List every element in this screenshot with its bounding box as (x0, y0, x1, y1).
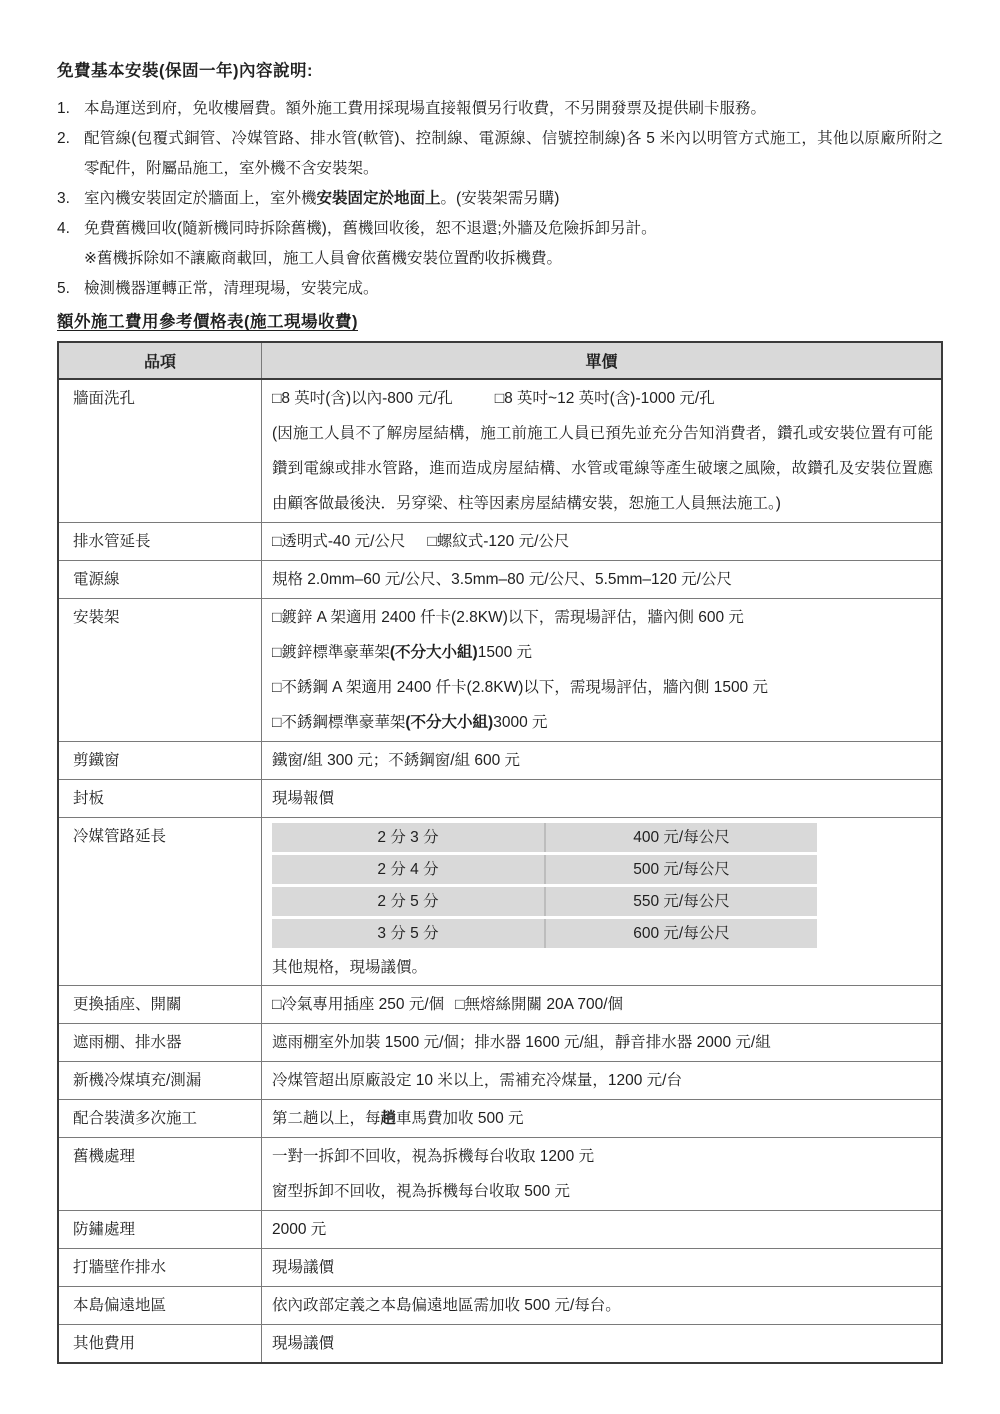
pipe-fee-cell: 400 元/每公尺 (546, 823, 817, 852)
text: □鍍鋅標準豪華架 (272, 644, 390, 661)
item-cell: 封板 (58, 780, 262, 818)
unit-price-cell: 鐵窗/組 300 元；不銹鋼窗/組 600 元 (262, 742, 943, 780)
unit-price-cell: 現場議價 (262, 1249, 943, 1287)
text: 一對一拆卸不回收，視為拆機每台收取 1200 元 (272, 1148, 594, 1165)
pipe-spec-cell: 2 分 5 分 (272, 887, 546, 916)
price-line: □透明式-40 元/公尺□螺紋式-120 元/公尺 (272, 524, 933, 559)
text: □螺紋式-120 元/公尺 (427, 524, 569, 559)
pipe-fee-cell: 500 元/每公尺 (546, 855, 817, 884)
unit-price-cell: 依內政部定義之本島偏遠地區需加收 500 元/每台。 (262, 1287, 943, 1325)
unit-price-cell: □鍍鋅 A 架適用 2400 仟卡(2.8KW)以下，需現場評估，牆內側 600… (262, 599, 943, 742)
free-install-section-title: 免費基本安裝(保固一年)內容說明: (57, 57, 943, 81)
text: 室內機安裝固定於牆面上，室外機 (84, 190, 317, 207)
table-row: 新機冷煤填充/測漏冷煤管超出原廠設定 10 米以上，需補充冷煤量，1200 元/… (58, 1062, 942, 1100)
list-item: 5.檢測機器運轉正常，清理現場，安裝完成。 (57, 274, 943, 304)
unit-price-cell: 2000 元 (262, 1211, 943, 1249)
unit-price-cell: 現場議價 (262, 1325, 943, 1364)
table-row: 更換插座、開關□冷氣專用插座 250 元/個□無熔絲開關 20A 700/個 (58, 986, 942, 1024)
price-line: 一對一拆卸不回收，視為拆機每台收取 1200 元 (272, 1139, 933, 1174)
price-line: 現場議價 (272, 1326, 933, 1361)
list-number: 3. (57, 184, 84, 214)
text: (因施工人員不了解房屋結構，施工前施工人員已預先並充分告知消費者，鑽孔或安裝位置… (272, 425, 933, 512)
price-line: (因施工人員不了解房屋結構，施工前施工人員已預先並充分告知消費者，鑽孔或安裝位置… (272, 416, 933, 521)
table-row: 本島偏遠地區依內政部定義之本島偏遠地區需加收 500 元/每台。 (58, 1287, 942, 1325)
item-cell: 防鏽處理 (58, 1211, 262, 1249)
list-item: 3.室內機安裝固定於牆面上，室外機安裝固定於地面上。(安裝架需另購) (57, 184, 943, 214)
list-note: ※舊機拆除如不讓廠商載回，施工人員會依舊機安裝位置酌收拆機費。 (84, 244, 943, 274)
item-cell: 電源線 (58, 561, 262, 599)
item-cell: 牆面洗孔 (58, 379, 262, 523)
table-row: 安裝架□鍍鋅 A 架適用 2400 仟卡(2.8KW)以下，需現場評估，牆內側 … (58, 599, 942, 742)
list-text: 配管線(包覆式銅管、冷媒管路、排水管(軟管)、控制線、電源線、信號控制線)各 5… (84, 124, 943, 184)
col-header-unit-price: 單價 (262, 342, 943, 379)
item-cell: 剪鐵窗 (58, 742, 262, 780)
price-line: 規格 2.0mm–60 元/公尺、3.5mm–80 元/公尺、5.5mm–120… (272, 562, 933, 597)
list-text: 檢測機器運轉正常，清理現場，安裝完成。 (84, 274, 943, 304)
item-cell: 新機冷煤填充/測漏 (58, 1062, 262, 1100)
unit-price-cell: 2 分 3 分400 元/每公尺2 分 4 分500 元/每公尺2 分 5 分5… (262, 818, 943, 986)
terms-list: 1.本島運送到府，免收樓層費。額外施工費用採現場直接報價另行收費，不另開發票及提… (57, 94, 943, 304)
text: 。(安裝架需另購) (441, 190, 560, 207)
unit-price-cell: □8 英吋(含)以內-800 元/孔□8 英吋~12 英吋(含)-1000 元/… (262, 379, 943, 523)
pipe-spec-cell: 2 分 4 分 (272, 855, 546, 884)
text: 第二趟以上，每 (272, 1110, 381, 1127)
pipe-price-row: 2 分 5 分550 元/每公尺 (272, 887, 817, 916)
document-page: 免費基本安裝(保固一年)內容說明: 1.本島運送到府，免收樓層費。額外施工費用採… (0, 0, 1000, 1414)
text: 鐵窗/組 300 元；不銹鋼窗/組 600 元 (272, 752, 520, 769)
text: □無熔絲開關 20A 700/個 (455, 987, 623, 1022)
list-item: 1.本島運送到府，免收樓層費。額外施工費用採現場直接報價另行收費，不另開發票及提… (57, 94, 943, 124)
table-row: 排水管延長□透明式-40 元/公尺□螺紋式-120 元/公尺 (58, 523, 942, 561)
bold-text: (不分大小組) (390, 644, 478, 661)
price-table-title: 額外施工費用參考價格表(施工現場收費) (57, 308, 943, 332)
list-number: 4. (57, 214, 84, 274)
text: 現場報價 (272, 790, 334, 807)
price-line: □8 英吋(含)以內-800 元/孔□8 英吋~12 英吋(含)-1000 元/… (272, 381, 933, 416)
price-table-header: 品項 單價 (58, 342, 942, 379)
text: 窗型拆卸不回收，視為拆機每台收取 500 元 (272, 1183, 570, 1200)
item-cell: 遮雨棚、排水器 (58, 1024, 262, 1062)
price-line: 鐵窗/組 300 元；不銹鋼窗/組 600 元 (272, 743, 933, 778)
unit-price-cell: 規格 2.0mm–60 元/公尺、3.5mm–80 元/公尺、5.5mm–120… (262, 561, 943, 599)
item-cell: 安裝架 (58, 599, 262, 742)
pipe-price-row: 2 分 3 分400 元/每公尺 (272, 823, 817, 852)
text: □透明式-40 元/公尺 (272, 533, 405, 550)
item-cell: 舊機處理 (58, 1138, 262, 1211)
unit-price-cell: 現場報價 (262, 780, 943, 818)
text: 2000 元 (272, 1221, 326, 1238)
item-cell: 更換插座、開關 (58, 986, 262, 1024)
list-number: 5. (57, 274, 84, 304)
unit-price-cell: □透明式-40 元/公尺□螺紋式-120 元/公尺 (262, 523, 943, 561)
text: 冷煤管超出原廠設定 10 米以上，需補充冷煤量，1200 元/台 (272, 1072, 682, 1089)
price-line: 現場議價 (272, 1250, 933, 1285)
table-row: 配合裝潢多次施工第二趟以上，每趟車馬費加收 500 元 (58, 1100, 942, 1138)
text: 免費舊機回收(隨新機同時拆除舊機)，舊機回收後，恕不退還;外牆及危險拆卸另計。 (84, 220, 657, 237)
pipe-spec-cell: 3 分 5 分 (272, 919, 546, 948)
other-spec-note: 其他規格，現場議價。 (272, 951, 933, 984)
price-line: □鍍鋅 A 架適用 2400 仟卡(2.8KW)以下，需現場評估，牆內側 600… (272, 600, 933, 635)
price-table-body: 牆面洗孔□8 英吋(含)以內-800 元/孔□8 英吋~12 英吋(含)-100… (58, 379, 942, 1363)
text: □8 英吋~12 英吋(含)-1000 元/孔 (495, 381, 715, 416)
bold-text: 安裝固定於地面上 (317, 190, 441, 207)
text: 規格 2.0mm–60 元/公尺、3.5mm–80 元/公尺、5.5mm–120… (272, 571, 732, 588)
price-line: 第二趟以上，每趟車馬費加收 500 元 (272, 1101, 933, 1136)
table-row: 防鏽處理2000 元 (58, 1211, 942, 1249)
item-cell: 打牆壁作排水 (58, 1249, 262, 1287)
table-row: 剪鐵窗鐵窗/組 300 元；不銹鋼窗/組 600 元 (58, 742, 942, 780)
text: 本島運送到府，免收樓層費。額外施工費用採現場直接報價另行收費，不另開發票及提供刷… (84, 100, 766, 117)
table-row: 牆面洗孔□8 英吋(含)以內-800 元/孔□8 英吋~12 英吋(含)-100… (58, 379, 942, 523)
price-line: □不銹鋼 A 架適用 2400 仟卡(2.8KW)以下，需現場評估，牆內側 15… (272, 670, 933, 705)
list-text: 本島運送到府，免收樓層費。額外施工費用採現場直接報價另行收費，不另開發票及提供刷… (84, 94, 943, 124)
price-line: □不銹鋼標準豪華架(不分大小組)3000 元 (272, 705, 933, 740)
item-cell: 其他費用 (58, 1325, 262, 1364)
text: 現場議價 (272, 1259, 334, 1276)
list-text: 免費舊機回收(隨新機同時拆除舊機)，舊機回收後，恕不退還;外牆及危險拆卸另計。※… (84, 214, 943, 274)
price-line: □鍍鋅標準豪華架(不分大小組)1500 元 (272, 635, 933, 670)
unit-price-cell: 冷煤管超出原廠設定 10 米以上，需補充冷煤量，1200 元/台 (262, 1062, 943, 1100)
text: □冷氣專用插座 250 元/個 (272, 996, 444, 1013)
text: 檢測機器運轉正常，清理現場，安裝完成。 (84, 280, 379, 297)
bold-text: (不分大小組) (405, 714, 493, 731)
list-item: 2.配管線(包覆式銅管、冷媒管路、排水管(軟管)、控制線、電源線、信號控制線)各… (57, 124, 943, 184)
text: 配管線(包覆式銅管、冷媒管路、排水管(軟管)、控制線、電源線、信號控制線)各 5… (84, 130, 943, 177)
unit-price-cell: 遮雨棚室外加裝 1500 元/個；排水器 1600 元/組，靜音排水器 2000… (262, 1024, 943, 1062)
price-line: 現場報價 (272, 781, 933, 816)
pipe-spec-cell: 2 分 3 分 (272, 823, 546, 852)
text: 車馬費加收 500 元 (396, 1110, 523, 1127)
text: 遮雨棚室外加裝 1500 元/個；排水器 1600 元/組，靜音排水器 2000… (272, 1034, 771, 1051)
unit-price-cell: 一對一拆卸不回收，視為拆機每台收取 1200 元窗型拆卸不回收，視為拆機每台收取… (262, 1138, 943, 1211)
pipe-fee-cell: 550 元/每公尺 (546, 887, 817, 916)
text: 1500 元 (478, 644, 532, 661)
price-table: 品項 單價 牆面洗孔□8 英吋(含)以內-800 元/孔□8 英吋~12 英吋(… (57, 341, 943, 1364)
unit-price-cell: 第二趟以上，每趟車馬費加收 500 元 (262, 1100, 943, 1138)
price-line: 遮雨棚室外加裝 1500 元/個；排水器 1600 元/組，靜音排水器 2000… (272, 1025, 933, 1060)
unit-price-cell: □冷氣專用插座 250 元/個□無熔絲開關 20A 700/個 (262, 986, 943, 1024)
price-line: 窗型拆卸不回收，視為拆機每台收取 500 元 (272, 1174, 933, 1209)
table-row: 舊機處理一對一拆卸不回收，視為拆機每台收取 1200 元窗型拆卸不回收，視為拆機… (58, 1138, 942, 1211)
refrigerant-pipe-price-table: 2 分 3 分400 元/每公尺2 分 4 分500 元/每公尺2 分 5 分5… (272, 823, 817, 948)
text: □不銹鋼 A 架適用 2400 仟卡(2.8KW)以下，需現場評估，牆內側 15… (272, 679, 768, 696)
table-row: 打牆壁作排水現場議價 (58, 1249, 942, 1287)
pipe-price-row: 2 分 4 分500 元/每公尺 (272, 855, 817, 884)
list-item: 4.免費舊機回收(隨新機同時拆除舊機)，舊機回收後，恕不退還;外牆及危險拆卸另計… (57, 214, 943, 274)
pipe-fee-cell: 600 元/每公尺 (546, 919, 817, 948)
text: 現場議價 (272, 1335, 334, 1352)
price-line: 冷煤管超出原廠設定 10 米以上，需補充冷煤量，1200 元/台 (272, 1063, 933, 1098)
item-cell: 排水管延長 (58, 523, 262, 561)
text: 依內政部定義之本島偏遠地區需加收 500 元/每台。 (272, 1297, 621, 1314)
price-line: 依內政部定義之本島偏遠地區需加收 500 元/每台。 (272, 1288, 933, 1323)
table-row: 封板現場報價 (58, 780, 942, 818)
header-row: 品項 單價 (58, 342, 942, 379)
col-header-item: 品項 (58, 342, 262, 379)
list-number: 2. (57, 124, 84, 184)
item-cell: 冷媒管路延長 (58, 818, 262, 986)
list-text: 室內機安裝固定於牆面上，室外機安裝固定於地面上。(安裝架需另購) (84, 184, 943, 214)
table-row: 電源線規格 2.0mm–60 元/公尺、3.5mm–80 元/公尺、5.5mm–… (58, 561, 942, 599)
pipe-price-row: 3 分 5 分600 元/每公尺 (272, 919, 817, 948)
text: 3000 元 (493, 714, 547, 731)
table-row: 遮雨棚、排水器遮雨棚室外加裝 1500 元/個；排水器 1600 元/組，靜音排… (58, 1024, 942, 1062)
table-row: 冷媒管路延長2 分 3 分400 元/每公尺2 分 4 分500 元/每公尺2 … (58, 818, 942, 986)
text: □8 英吋(含)以內-800 元/孔 (272, 390, 453, 407)
text: □鍍鋅 A 架適用 2400 仟卡(2.8KW)以下，需現場評估，牆內側 600… (272, 609, 744, 626)
list-number: 1. (57, 94, 84, 124)
item-cell: 配合裝潢多次施工 (58, 1100, 262, 1138)
text: □不銹鋼標準豪華架 (272, 714, 405, 731)
bold-text: 趟 (381, 1110, 397, 1127)
price-line: □冷氣專用插座 250 元/個□無熔絲開關 20A 700/個 (272, 987, 933, 1022)
table-row: 其他費用現場議價 (58, 1325, 942, 1364)
price-line: 2000 元 (272, 1212, 933, 1247)
item-cell: 本島偏遠地區 (58, 1287, 262, 1325)
